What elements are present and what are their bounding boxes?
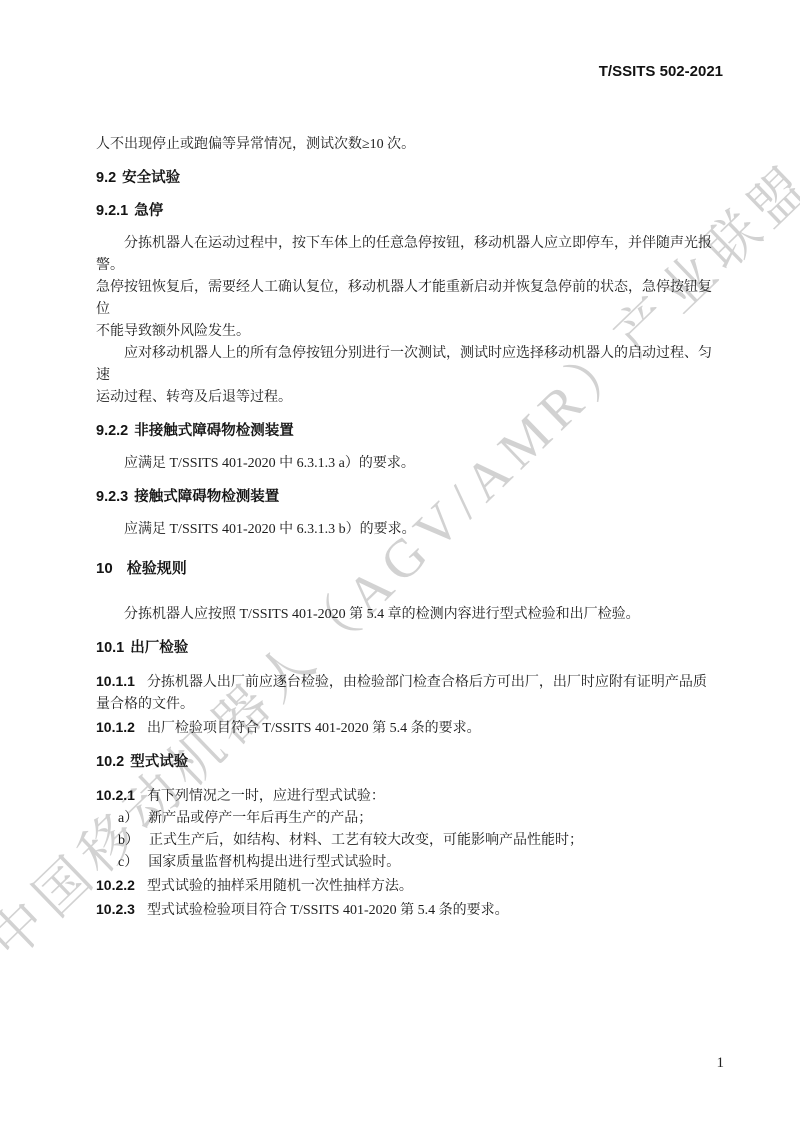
clause-number: 10 xyxy=(96,560,113,577)
doc-list-item: b）正式生产后，如结构、材料、工艺有较大改变，可能影响产品性能时； xyxy=(96,830,718,852)
line-text: 型式试验检验项目符合 T/SSITS 401-2020 第 5.4 条的要求。 xyxy=(147,903,509,918)
line-text: 出厂检验项目符合 T/SSITS 401-2020 第 5.4 条的要求。 xyxy=(147,721,481,736)
document-body: 人不出现停止或跑偏等异常情况，测试次数≥10 次。9.2安全试验9.2.1急停分… xyxy=(96,134,718,922)
clause-number: 9.2 xyxy=(96,170,116,186)
clause-number: 9.2.3 xyxy=(96,489,128,505)
line-text: 不能导致额外风险发生。 xyxy=(96,324,250,339)
doc-line: 急停按钮恢复后，需要经人工确认复位，移动机器人才能重新启动并恢复急停前的状态，急… xyxy=(96,277,718,299)
line-text: 正式生产后，如结构、材料、工艺有较大改变，可能影响产品性能时； xyxy=(149,833,583,848)
clause-number: a） xyxy=(118,811,138,826)
doc-line: 应满足 T/SSITS 401-2020 中 6.3.1.3 a）的要求。 xyxy=(96,453,718,475)
line-text: 型式试验 xyxy=(130,754,188,770)
line-text: 位 xyxy=(96,302,110,317)
line-text: 速 xyxy=(96,368,110,383)
line-text: 急停 xyxy=(134,203,163,219)
clause-number: 9.2.1 xyxy=(96,203,128,219)
line-text: 分拣机器人出厂前应逐台检验，由检验部门检查合格后方可出厂，出厂时应附有证明产品质 xyxy=(147,675,707,690)
doc-line: 10.2.1有下列情况之一时，应进行型式试验： xyxy=(96,784,718,808)
line-text: 人不出现停止或跑偏等异常情况，测试次数≥10 次。 xyxy=(96,137,415,152)
page-header-ref: T/SSITS 502-2021 xyxy=(599,63,723,80)
line-text: 有下列情况之一时，应进行型式试验： xyxy=(147,789,385,804)
doc-line: 应对移动机器人上的所有急停按钮分别进行一次测试，测试时应选择移动机器人的启动过程… xyxy=(96,343,718,365)
doc-list-item: a）新产品或停产一年后再生产的产品； xyxy=(96,808,718,830)
doc-line: 运动过程、转弯及后退等过程。 xyxy=(96,387,718,409)
clause-number: 10.2.2 xyxy=(96,877,135,893)
doc-heading: 9.2.1急停 xyxy=(96,200,718,222)
doc-line: 10.2.2型式试验的抽样采用随机一次性抽样方法。 xyxy=(96,874,718,898)
doc-heading: 9.2.2非接触式障碍物检测装置 xyxy=(96,420,718,442)
doc-line: 警。 xyxy=(96,255,718,277)
clause-number: 10.1.1 xyxy=(96,673,135,689)
line-text: 分拣机器人应按照 T/SSITS 401-2020 第 5.4 章的检测内容进行… xyxy=(124,607,640,622)
doc-list-item: c）国家质量监督机构提出进行型式试验时。 xyxy=(96,852,718,874)
doc-chapter-heading: 10检验规则 xyxy=(96,558,718,580)
clause-number: 10.1.2 xyxy=(96,719,135,735)
clause-number: 10.1 xyxy=(96,640,124,656)
line-text: 接触式障碍物检测装置 xyxy=(134,489,279,505)
clause-number: 10.2.1 xyxy=(96,787,135,803)
line-text: 检验规则 xyxy=(127,560,187,577)
doc-line: 量合格的文件。 xyxy=(96,694,718,716)
doc-line: 分拣机器人应按照 T/SSITS 401-2020 第 5.4 章的检测内容进行… xyxy=(96,604,718,626)
document-page: 中国移动机器人（AGV/AMR）产业联盟 T/SSITS 502-2021 人不… xyxy=(0,0,800,1132)
clause-number: 9.2.2 xyxy=(96,423,128,439)
line-text: 分拣机器人在运动过程中，按下车体上的任意急停按钮，移动机器人应立即停车，并伴随声… xyxy=(124,236,712,251)
line-text: 应满足 T/SSITS 401-2020 中 6.3.1.3 b）的要求。 xyxy=(124,522,416,537)
line-text: 出厂检验 xyxy=(130,640,188,656)
doc-line: 不能导致额外风险发生。 xyxy=(96,321,718,343)
doc-heading: 9.2.3接触式障碍物检测装置 xyxy=(96,486,718,508)
line-text: 量合格的文件。 xyxy=(96,697,194,712)
line-text: 急停按钮恢复后，需要经人工确认复位，移动机器人才能重新启动并恢复急停前的状态，急… xyxy=(96,280,712,295)
line-text: 应满足 T/SSITS 401-2020 中 6.3.1.3 a）的要求。 xyxy=(124,456,415,471)
page-number: 1 xyxy=(717,1055,725,1072)
doc-line: 10.1.2出厂检验项目符合 T/SSITS 401-2020 第 5.4 条的… xyxy=(96,716,718,740)
clause-number: b） xyxy=(118,833,139,848)
doc-line: 速 xyxy=(96,365,718,387)
line-text: 国家质量监督机构提出进行型式试验时。 xyxy=(148,855,400,870)
doc-line: 应满足 T/SSITS 401-2020 中 6.3.1.3 b）的要求。 xyxy=(96,519,718,541)
line-text: 非接触式障碍物检测装置 xyxy=(134,423,294,439)
line-text: 型式试验的抽样采用随机一次性抽样方法。 xyxy=(147,879,413,894)
line-text: 运动过程、转弯及后退等过程。 xyxy=(96,390,292,405)
line-text: 应对移动机器人上的所有急停按钮分别进行一次测试，测试时应选择移动机器人的启动过程… xyxy=(124,346,712,361)
doc-heading: 9.2安全试验 xyxy=(96,167,718,189)
doc-line: 分拣机器人在运动过程中，按下车体上的任意急停按钮，移动机器人应立即停车，并伴随声… xyxy=(96,233,718,255)
doc-line: 位 xyxy=(96,299,718,321)
clause-number: 10.2 xyxy=(96,754,124,770)
clause-number: 10.2.3 xyxy=(96,901,135,917)
line-text: 警。 xyxy=(96,258,124,273)
clause-number: c） xyxy=(118,855,138,870)
line-text: 新产品或停产一年后再生产的产品； xyxy=(148,811,372,826)
doc-heading: 10.2型式试验 xyxy=(96,751,718,773)
doc-line: 人不出现停止或跑偏等异常情况，测试次数≥10 次。 xyxy=(96,134,718,156)
doc-heading: 10.1出厂检验 xyxy=(96,637,718,659)
line-text: 安全试验 xyxy=(122,170,180,186)
doc-line: 10.1.1分拣机器人出厂前应逐台检验，由检验部门检查合格后方可出厂，出厂时应附… xyxy=(96,670,718,694)
doc-line: 10.2.3型式试验检验项目符合 T/SSITS 401-2020 第 5.4 … xyxy=(96,898,718,922)
